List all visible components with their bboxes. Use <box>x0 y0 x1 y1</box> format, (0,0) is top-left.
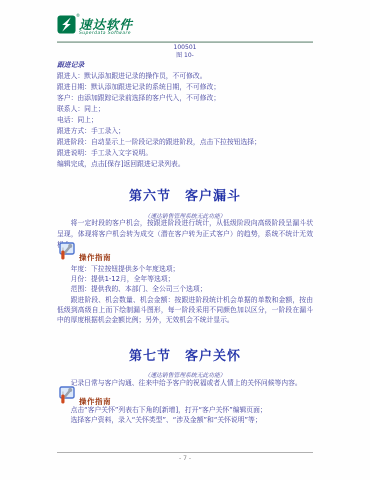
followup-heading: 跟进记录 <box>57 60 313 71</box>
superdata-logo-icon: ® <box>57 15 76 38</box>
followup-line: 跟进方式：手工录入； <box>57 126 313 137</box>
followup-record-block: 跟进记录 跟进人：默认添加跟进记录的操作员，不可修改。跟进日期：默认添加跟进记录… <box>57 60 313 170</box>
followup-line: 跟进日期：默认添加跟进记录的系统日期，不可修改； <box>57 82 313 93</box>
brand-header: ® 速达软件 Superdata Software <box>57 15 313 43</box>
guide-item: 范围：提供我的、本部门、全公司三个选项； <box>57 284 313 294</box>
logo: ® 速达软件 Superdata Software <box>57 15 313 40</box>
page-number: - 7 - <box>0 455 370 462</box>
registered-mark: ® <box>76 13 80 18</box>
section7-title: 第七节 客户关怀 <box>57 345 313 364</box>
doc-code-block: 100501 图 10- <box>57 44 313 60</box>
operation-guide-icon <box>57 242 77 264</box>
followup-line: 客户：由添加跟踪记录前选择的客户代入，不可修改； <box>57 93 313 104</box>
followup-line: 编辑完成，点击[保存]返回跟进记录列表。 <box>57 159 313 170</box>
followup-line: 跟进人：默认添加跟进记录的操作员，不可修改。 <box>57 71 313 82</box>
logo-name: 速达软件 <box>79 18 133 31</box>
guide-item: 选择客户资料，录入“关怀类型”、“涉及金额”和“关怀说明”等； <box>57 415 313 425</box>
section7-guide-items: 点击“客户关怀”列表右下角的[新增]，打开“客户关怀”编辑页面；选择客户资料，录… <box>57 405 313 425</box>
followup-lines: 跟进人：默认添加跟进记录的操作员，不可修改。跟进日期：默认添加跟进记录的系统日期… <box>57 71 313 170</box>
guide-item: 点击“客户关怀”列表右下角的[新增]，打开“客户关怀”编辑页面； <box>57 405 313 415</box>
figure-label: 图 10- <box>57 52 313 60</box>
header-divider <box>57 41 313 43</box>
logo-subtitle: Superdata Software <box>79 31 133 36</box>
followup-line: 电话：同上； <box>57 115 313 126</box>
followup-line: 联系人：同上； <box>57 104 313 115</box>
followup-line: 跟进说明：手工录入文字说明。 <box>57 148 313 159</box>
guide-item: 跟进阶段、机会数量、机会金额：按跟进阶段统计机会单据的单数和金额，按由低级到高级… <box>57 295 313 326</box>
guide-item: 月份：提供1-12月，全年等选项； <box>57 274 313 284</box>
followup-line: 跟进阶段：自动显示上一阶段记录的跟进阶段，点击下拉按钮选择； <box>57 137 313 148</box>
footer-divider <box>57 452 313 453</box>
section6-title: 第六节 客户漏斗 <box>57 185 313 204</box>
section6-guide-label: 操作指南 <box>79 252 111 264</box>
manual-page: ® 速达软件 Superdata Software 100501 图 10- 跟… <box>0 0 370 480</box>
doc-code: 100501 <box>57 44 313 52</box>
section6-guide-items: 年度：下拉按钮提供多个年度选项；月份：提供1-12月，全年等选项；范围：提供我的… <box>57 264 313 325</box>
guide-item: 年度：下拉按钮提供多个年度选项； <box>57 264 313 274</box>
section6-guide-header: 操作指南 <box>57 242 111 264</box>
logo-text: 速达软件 Superdata Software <box>79 15 133 36</box>
